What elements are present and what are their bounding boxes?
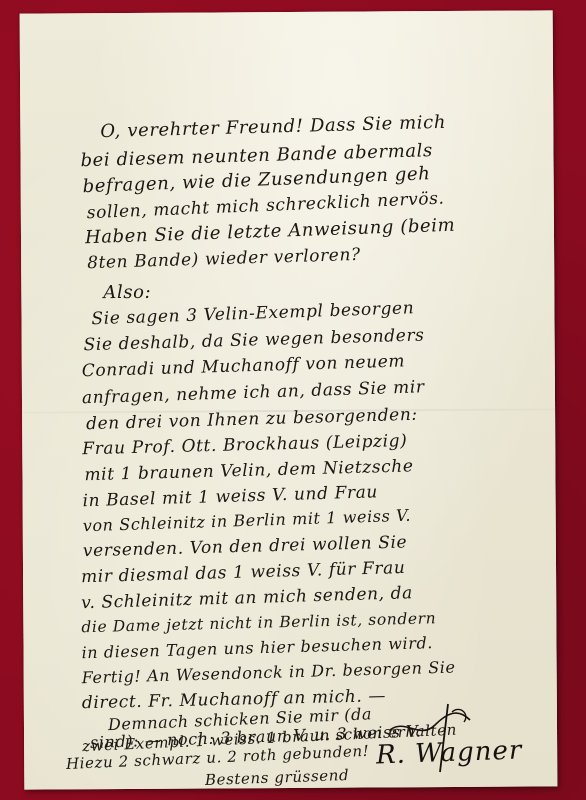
letter-line-14: mit 1 braunen Velin, dem Nietzsche: [84, 456, 414, 485]
letter-line-10: Conradi und Muchanoff von neuem: [82, 351, 406, 381]
letter-line-7: Also:: [103, 282, 151, 303]
letter-line-6: 8ten Bande) wieder verloren?: [87, 245, 361, 273]
letter-line-12: den drei von Ihnen zu besorgenden:: [86, 405, 418, 435]
letter-line-19: v. Schleinitz mit an mich senden, da: [81, 583, 413, 613]
letter-paper: O, verehrter Freund! Dass Sie mich bei d…: [20, 10, 558, 789]
letter-line-17: versenden. Von den drei wollen Sie: [83, 532, 408, 561]
letter-line-15: in Basel mit 1 weiss V. und Frau: [82, 482, 378, 511]
letter-line-1: O, verehrter Freund! Dass Sie mich: [100, 112, 446, 142]
letter-line-13: Frau Prof. Ott. Brockhaus (Leipzig): [82, 431, 408, 459]
letter-line-9: Sie deshalb, da Sie wegen besonders: [83, 325, 424, 355]
letter-line-20: die Dame jetzt nicht in Berlin ist, sond…: [81, 609, 436, 636]
letter-line-16: von Schleinitz in Berlin mit 1 weiss V.: [82, 506, 411, 536]
letter-line-22: Fertig! An Wesendonck in Dr. besorgen Si…: [81, 658, 455, 688]
letter-line-18: mir diesmal das 1 weiss V. für Frau: [81, 558, 406, 587]
signature: R. Wagner: [376, 735, 523, 770]
letter-line-11: anfragen, nehme ich an, dass Sie mir: [82, 377, 425, 408]
letter-line-21: in diesen Tagen uns hier besuchen wird.: [81, 633, 433, 662]
